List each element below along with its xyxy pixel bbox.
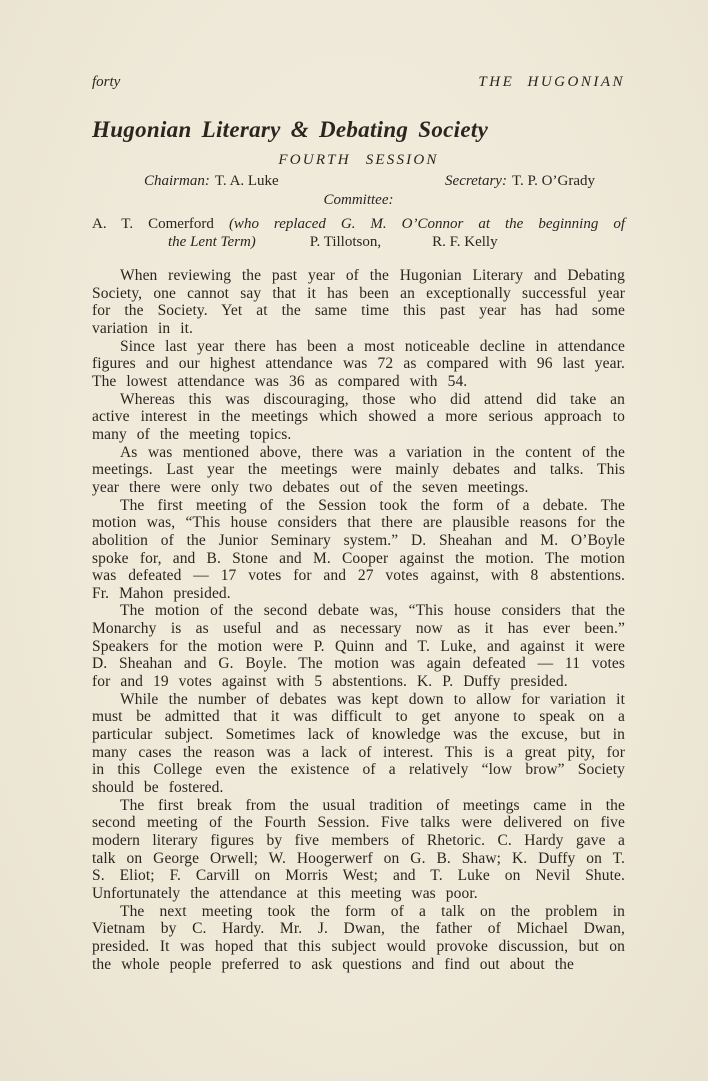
paragraph: The first break from the usual tradition… <box>92 797 625 903</box>
committee-line-2: the Lent Term) P. Tillotson, R. F. Kelly <box>92 234 625 251</box>
committee-member-2: P. Tillotson, <box>310 234 381 251</box>
paragraph: Since last year there has been a most no… <box>92 338 625 391</box>
chairman-name: T. A. Luke <box>215 173 279 189</box>
secretary-name: T. P. O’Grady <box>512 173 595 189</box>
paragraph: The motion of the second debate was, “Th… <box>92 602 625 690</box>
replacement-note-line-2: the Lent Term) <box>168 234 256 251</box>
article-body: When reviewing the past year of the Hugo… <box>92 267 625 973</box>
committee-member-3: R. F. Kelly <box>432 234 497 251</box>
secretary-entry: Secretary:T. P. O’Grady <box>445 173 595 190</box>
paragraph: The first meeting of the Session took th… <box>92 497 625 603</box>
paragraph: Whereas this was discouraging, those who… <box>92 391 625 444</box>
committee-line-1: A. T. Comerford (who replaced G. M. O’Co… <box>92 216 625 233</box>
scanned-page: forty THE HUGONIAN Hugonian Literary & D… <box>0 0 708 1081</box>
chairman-label: Chairman: <box>144 173 210 189</box>
article-title: Hugonian Literary & Debating Society <box>92 117 625 143</box>
paragraph: The next meeting took the form of a talk… <box>92 903 625 974</box>
paragraph: As was mentioned above, there was a vari… <box>92 444 625 497</box>
chairman-entry: Chairman:T. A. Luke <box>144 173 279 190</box>
committee-member-1: A. T. Comerford <box>92 216 214 232</box>
committee-heading: Committee: <box>92 192 625 209</box>
paragraph: While the number of debates was kept dow… <box>92 691 625 797</box>
publication-title: THE HUGONIAN <box>478 74 625 91</box>
session-heading: FOURTH SESSION <box>92 152 625 169</box>
replacement-note-line-1: (who replaced G. M. O’Connor at the begi… <box>229 216 625 232</box>
page-number-folio: forty <box>92 74 120 91</box>
officers-line: Chairman:T. A. Luke Secretary:T. P. O’Gr… <box>92 173 625 190</box>
paragraph: When reviewing the past year of the Hugo… <box>92 267 625 338</box>
secretary-label: Secretary: <box>445 173 507 189</box>
running-header: forty THE HUGONIAN <box>92 74 625 91</box>
